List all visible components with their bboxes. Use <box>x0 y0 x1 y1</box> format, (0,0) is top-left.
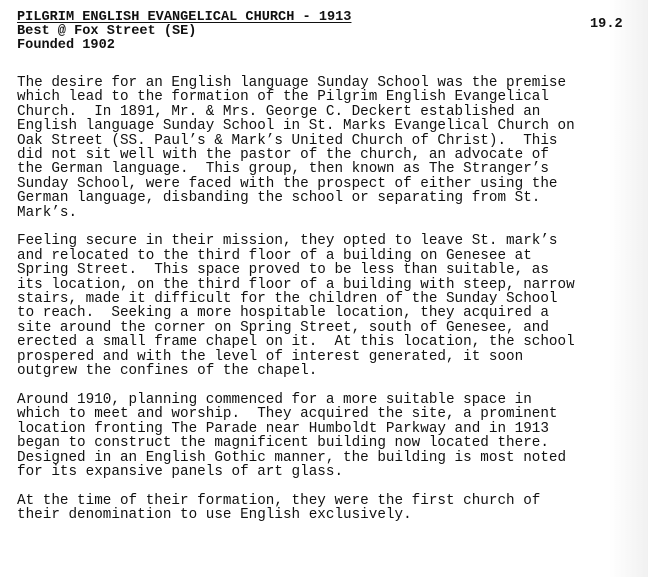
text-line: Church. In 1891, Mr. & Mrs. George C. De… <box>17 105 647 119</box>
text-line: for its expansive panels of art glass. <box>17 465 647 479</box>
text-line: site around the corner on Spring Street,… <box>17 321 647 335</box>
text-line: their denomination to use English exclus… <box>17 508 647 522</box>
text-line: began to construct the magnificent build… <box>17 436 647 450</box>
document-header: PILGRIM ENGLISH EVANGELICAL CHURCH - 191… <box>17 11 351 53</box>
text-line: and relocated to the third floor of a bu… <box>17 249 647 263</box>
text-line: which to meet and worship. They acquired… <box>17 407 647 421</box>
document-title: PILGRIM ENGLISH EVANGELICAL CHURCH - 191… <box>17 11 351 25</box>
paragraph-4: At the time of their formation, they wer… <box>17 494 647 523</box>
text-line: the German language. This group, then kn… <box>17 162 647 176</box>
text-line: Designed in an English Gothic manner, th… <box>17 451 647 465</box>
text-line: which lead to the formation of the Pilgr… <box>17 90 647 104</box>
location-line: Best @ Fox Street (SE) <box>17 25 351 39</box>
body-text: The desire for an English language Sunda… <box>17 76 647 537</box>
text-line: stairs, made it difficult for the childr… <box>17 292 647 306</box>
text-line: Mark’s. <box>17 206 647 220</box>
text-line: erected a small frame chapel on it. At t… <box>17 335 647 349</box>
text-line: its location, on the third floor of a bu… <box>17 278 647 292</box>
paragraph-3: Around 1910, planning commenced for a mo… <box>17 393 647 479</box>
text-line: At the time of their formation, they wer… <box>17 494 647 508</box>
text-line: English language Sunday School in St. Ma… <box>17 119 647 133</box>
text-line: Spring Street. This space proved to be l… <box>17 263 647 277</box>
founded-line: Founded 1902 <box>17 39 351 53</box>
text-line: Sunday School, were faced with the prosp… <box>17 177 647 191</box>
text-line: German language, disbanding the school o… <box>17 191 647 205</box>
text-line: outgrew the confines of the chapel. <box>17 364 647 378</box>
text-line: prospered and with the level of interest… <box>17 350 647 364</box>
document-page: PILGRIM ENGLISH EVANGELICAL CHURCH - 191… <box>0 0 648 577</box>
paragraph-1: The desire for an English language Sunda… <box>17 76 647 220</box>
paragraph-2: Feeling secure in their mission, they op… <box>17 234 647 378</box>
text-line: did not sit well with the pastor of the … <box>17 148 647 162</box>
text-line: location fronting The Parade near Humbol… <box>17 422 647 436</box>
text-line: Oak Street (SS. Paul’s & Mark’s United C… <box>17 134 647 148</box>
text-line: Around 1910, planning commenced for a mo… <box>17 393 647 407</box>
text-line: Feeling secure in their mission, they op… <box>17 234 647 248</box>
page-number: 19.2 <box>590 17 623 32</box>
text-line: The desire for an English language Sunda… <box>17 76 647 90</box>
text-line: to reach. Seeking a more hospitable loca… <box>17 306 647 320</box>
